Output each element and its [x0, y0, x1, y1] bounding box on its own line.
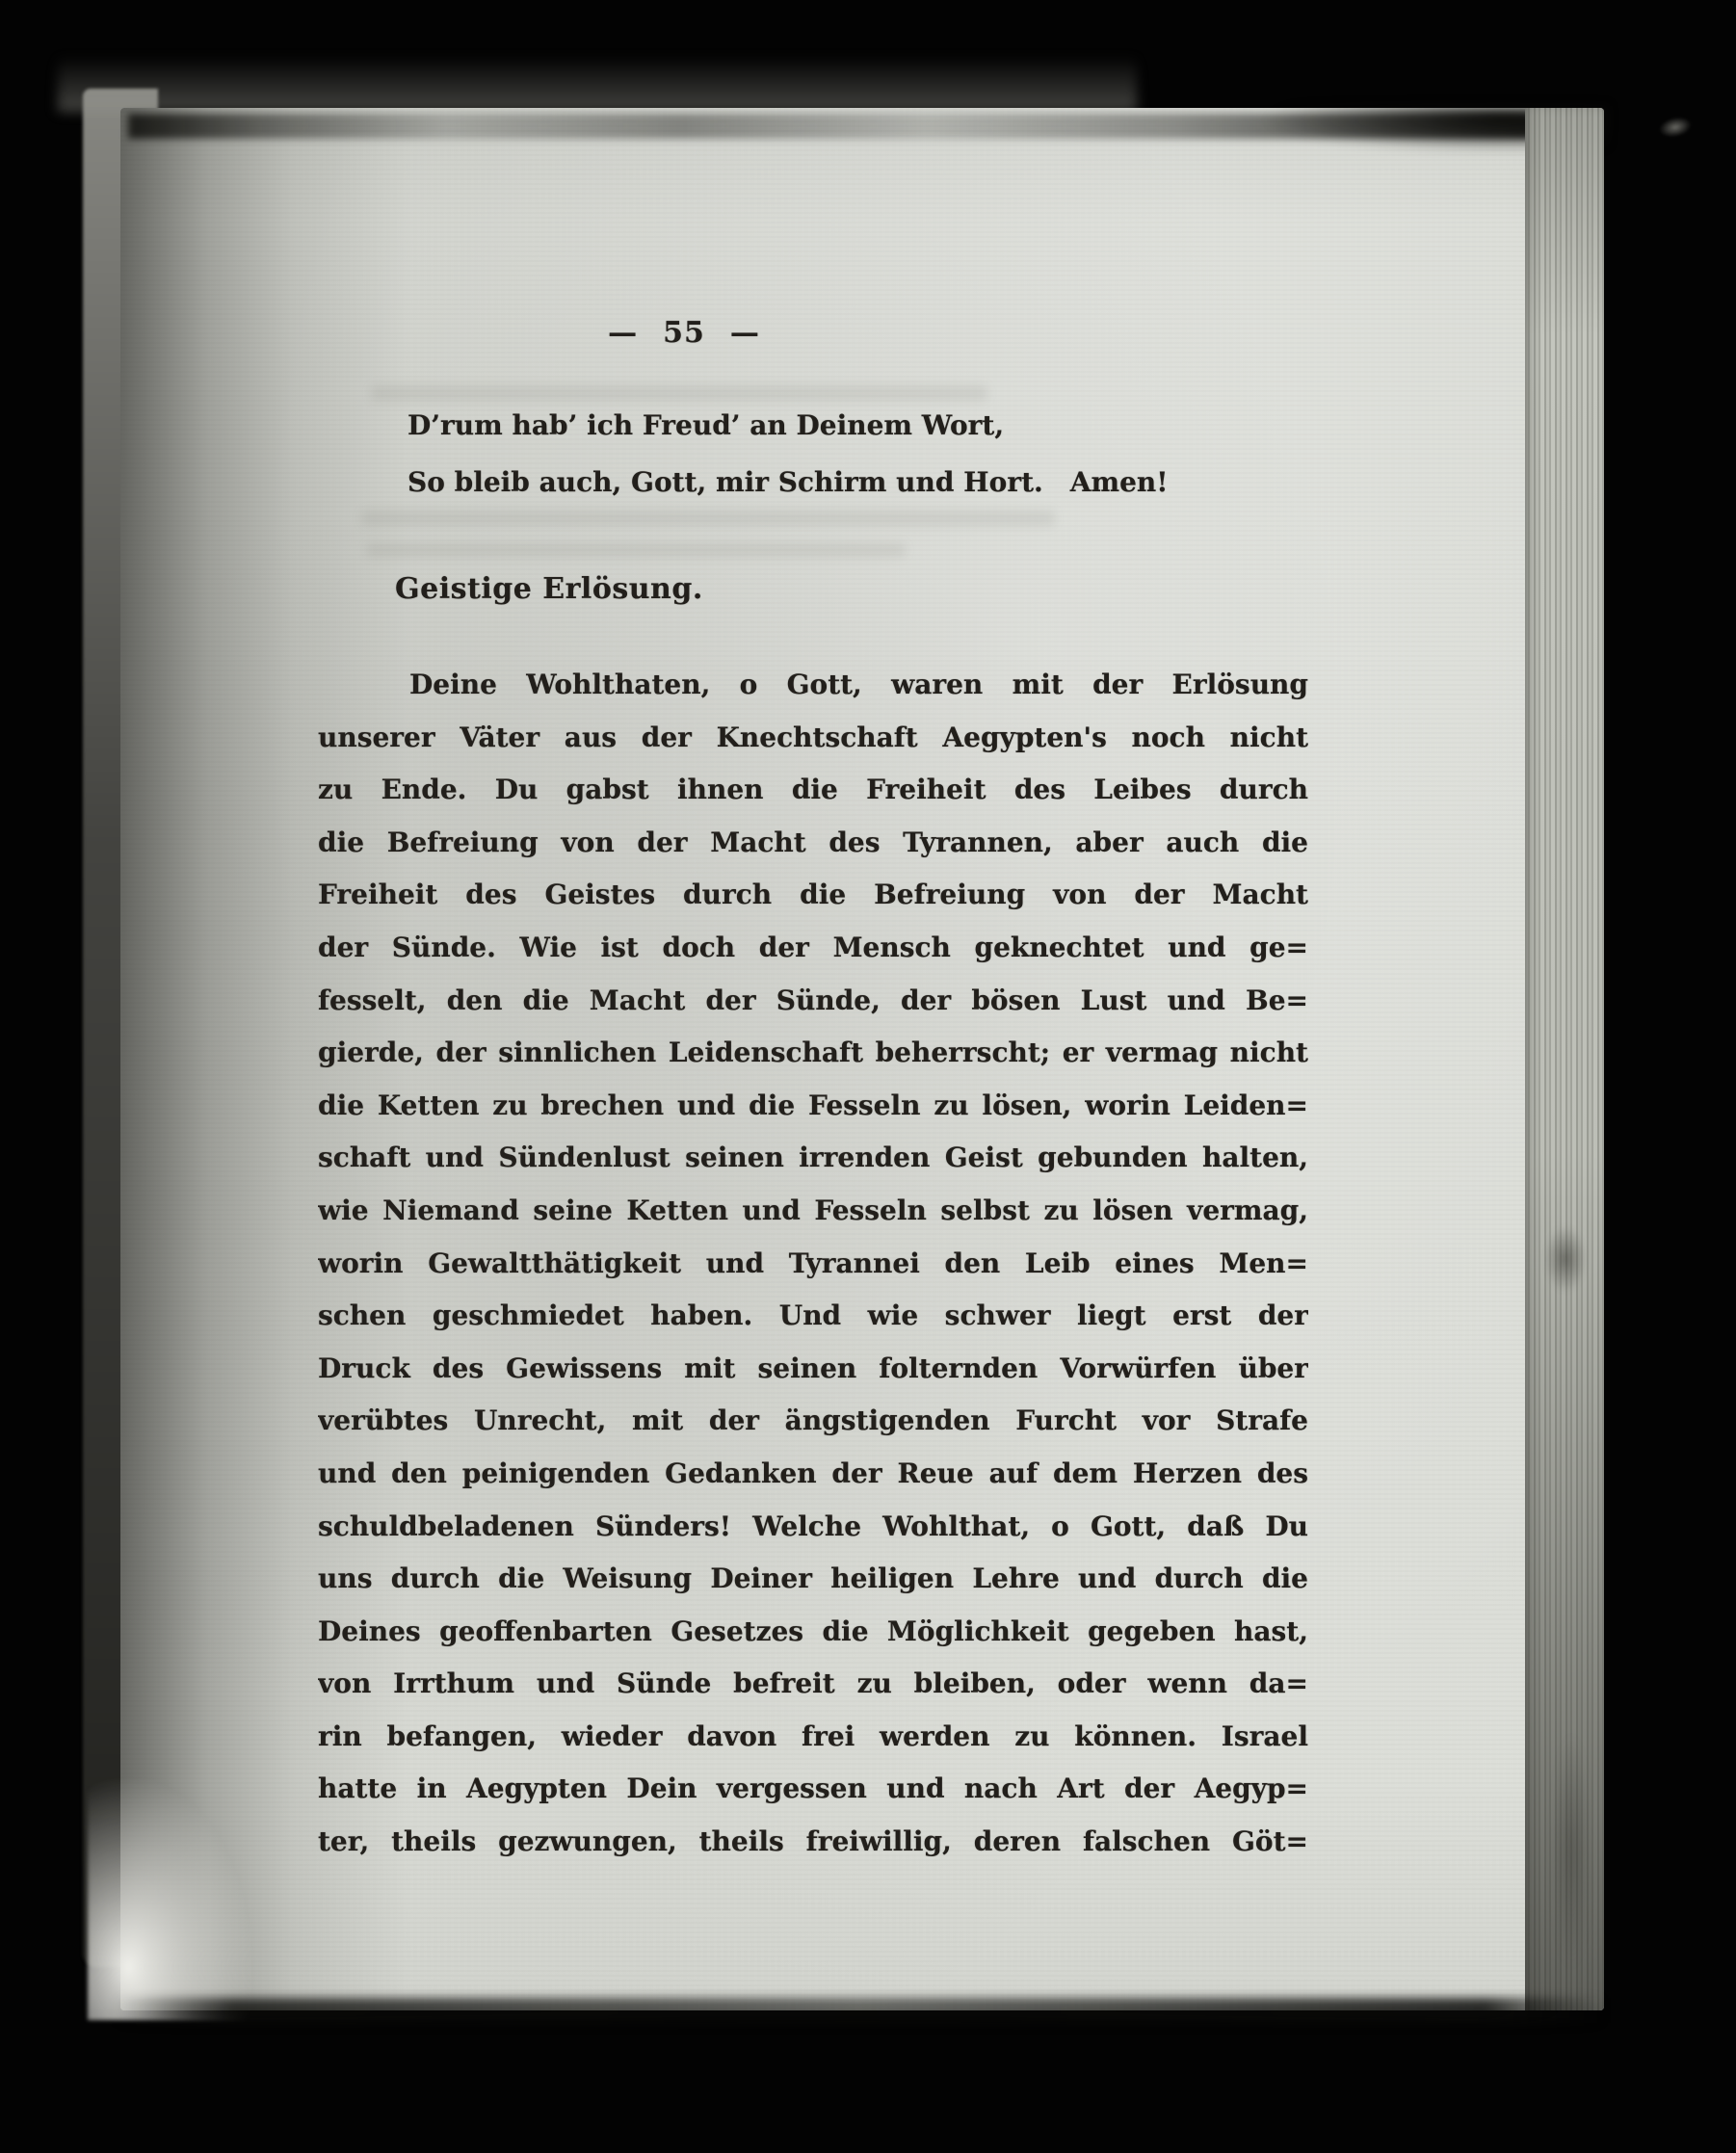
- text-line: die Befreiung von der Macht des Tyrannen…: [318, 817, 1308, 870]
- page-number: —55—: [539, 316, 829, 350]
- text-line: Druck des Gewissens mit seinen folternde…: [318, 1343, 1308, 1396]
- edge-smudge: [1552, 1736, 1591, 1967]
- page-bottom-edge: [114, 1998, 1605, 2023]
- text-line: schuldbeladenen Sünders! Welche Wohlthat…: [318, 1501, 1308, 1554]
- text-line: schen geschmiedet haben. Und wie schwer …: [318, 1290, 1308, 1343]
- page-number-value: 55: [663, 316, 705, 350]
- page-fore-edge: [1525, 108, 1604, 2010]
- bleed-through: [361, 511, 1055, 526]
- text-line: ter, theils gezwungen, theils freiwillig…: [318, 1816, 1308, 1869]
- text-line: und den peinigenden Gedanken der Reue au…: [318, 1448, 1308, 1501]
- verse-line: So bleib auch, Gott, mir Schirm und Hort…: [408, 454, 1371, 511]
- text-line: uns durch die Weisung Deiner heiligen Le…: [318, 1553, 1308, 1606]
- text-line: Deines geoffenbarten Gesetzes die Möglic…: [318, 1606, 1308, 1659]
- scanner-edge-haze: [58, 56, 1137, 112]
- paragraph: Deine Wohlthaten, o Gott, waren mit der …: [318, 659, 1308, 1869]
- text-line: unserer Väter aus der Knechtschaft Aegyp…: [318, 712, 1308, 765]
- text-line: die Ketten zu brechen und die Fesseln zu…: [318, 1080, 1308, 1133]
- scan-artifact: [1657, 115, 1693, 141]
- scan-background: —55— D’rum hab’ ich Freud’ an Deinem Wor…: [0, 0, 1736, 2153]
- text-line: der Sünde. Wie ist doch der Mensch gekne…: [318, 922, 1308, 975]
- section-heading: Geistige Erlösung.: [395, 572, 703, 606]
- edge-smudge: [1544, 1225, 1587, 1293]
- lifted-page-corner: [88, 1779, 251, 2020]
- text-line: wie Niemand seine Ketten und Fesseln sel…: [318, 1185, 1308, 1238]
- verse-line: D’rum hab’ ich Freud’ an Deinem Wort,: [408, 397, 1371, 454]
- page-number-dash: —: [730, 316, 760, 350]
- book-page: —55— D’rum hab’ ich Freud’ an Deinem Wor…: [120, 108, 1604, 2010]
- text-line: hatte in Aegypten Dein vergessen und nac…: [318, 1763, 1308, 1816]
- page-number-dash: —: [608, 316, 638, 350]
- text-line: Deine Wohlthaten, o Gott, waren mit der …: [318, 659, 1308, 712]
- bleed-through: [366, 543, 906, 557]
- text-line: von Irrthum und Sünde befreit zu bleiben…: [318, 1658, 1308, 1711]
- verse: D’rum hab’ ich Freud’ an Deinem Wort, So…: [408, 397, 1371, 511]
- text-line: rin befangen, wieder davon frei werden z…: [318, 1711, 1308, 1764]
- text-line: schaft und Sündenlust seinen irrenden Ge…: [318, 1132, 1308, 1185]
- text-line: verübtes Unrecht, mit der ängstigenden F…: [318, 1395, 1308, 1448]
- text-line: gierde, der sinnlichen Leidenschaft behe…: [318, 1027, 1308, 1080]
- text-line: fesselt, den die Macht der Sünde, der bö…: [318, 975, 1308, 1028]
- text-line: zu Ende. Du gabst ihnen die Freiheit des…: [318, 764, 1308, 817]
- text-line: Freiheit des Geistes durch die Befreiung…: [318, 869, 1308, 922]
- text-line: worin Gewaltthätigkeit und Tyrannei den …: [318, 1238, 1308, 1291]
